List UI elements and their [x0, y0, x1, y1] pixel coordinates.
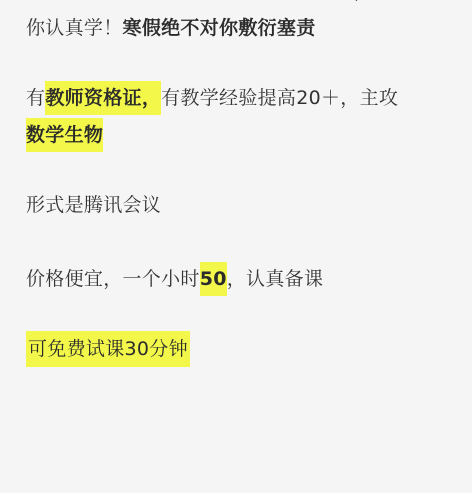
intro-promise-bold: 寒假绝不对你敷衍塞责	[123, 17, 316, 39]
price-text-1: 价格便宜，一个小时	[26, 268, 200, 290]
paragraph-trial: 可免费试课30分钟	[26, 331, 456, 368]
teacher-certificate-highlight: 教师资格证，	[45, 81, 161, 115]
paragraph-price: 价格便宜，一个小时50，认真备课	[26, 261, 456, 298]
paragraph-format: 形式是腾讯会议	[26, 187, 456, 224]
format-text: 形式是腾讯会议	[26, 194, 161, 216]
qualification-text-1: 有	[26, 87, 45, 109]
post-body: 适合那种基础差的和中等想拔高的学生，我认真教你认真学！寒假绝不对你敷衍塞责 有教…	[26, 0, 456, 401]
paragraph-qualification: 有教师资格证，有教学经验提高20＋，主攻数学生物	[26, 80, 456, 154]
free-trial-highlight: 可免费试课30分钟	[26, 331, 190, 367]
price-highlight: 50	[200, 262, 227, 296]
price-text-2: ，认真备课	[227, 268, 324, 290]
intro-text-1: 适合那种	[26, 0, 103, 2]
subjects-highlight: 数学生物	[26, 118, 103, 152]
intro-text-2: 拔高的学生，我认	[258, 0, 412, 2]
qualification-text-2: 有教学经验提高20＋，主攻	[161, 87, 398, 109]
paragraph-intro: 适合那种基础差的和中等想拔高的学生，我认真教你认真学！寒假绝不对你敷衍塞责	[26, 0, 456, 47]
intro-bold-text: 基础差的和中等想	[103, 0, 257, 2]
